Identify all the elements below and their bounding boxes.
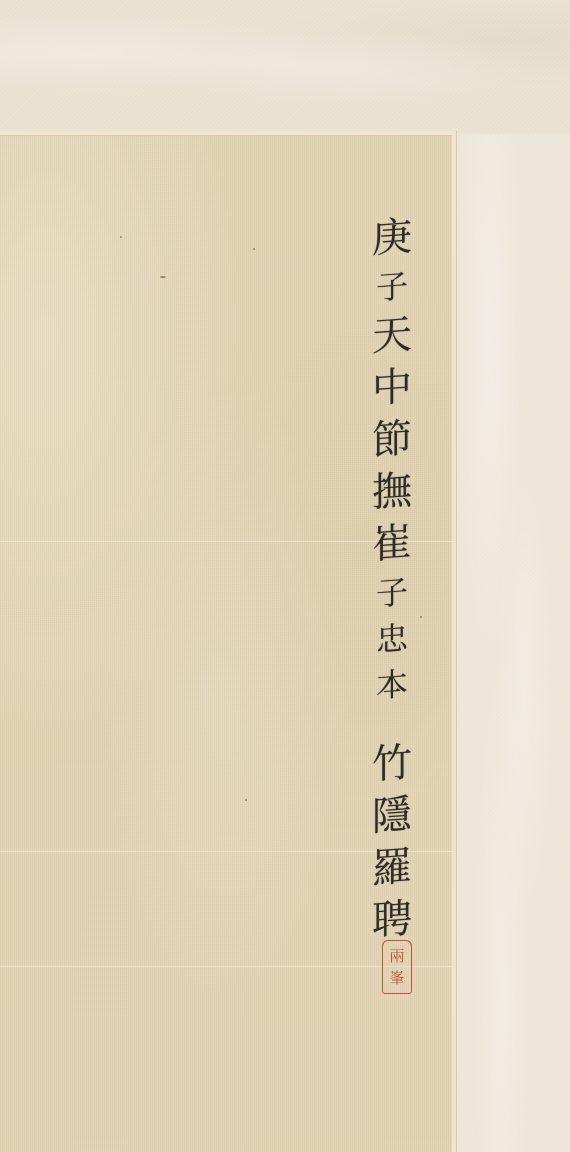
inscription-char: 中 (372, 361, 412, 416)
silk-speck (245, 799, 247, 801)
inscription-char: 庚 (372, 211, 412, 266)
silk-speck (160, 276, 166, 278)
silk-speck (253, 248, 255, 250)
inscription-char: 忠 (376, 615, 408, 663)
inscription-char: 本 (376, 661, 408, 709)
mount-right-border (456, 135, 570, 1152)
seal-char: 兩 (389, 945, 404, 967)
red-artist-seal: 兩 峯 (382, 940, 412, 994)
silk-speck (120, 236, 122, 238)
signature-char: 竹 (372, 737, 412, 792)
inscription-char: 子 (376, 263, 408, 311)
inscription-char: 子 (376, 569, 408, 617)
artist-signature: 竹 隱 羅 聘 (372, 738, 412, 946)
signature-char: 隱 (372, 789, 412, 844)
silk-right-edge (452, 131, 457, 1152)
silk-top-edge (0, 131, 456, 136)
seal-char: 峯 (389, 967, 404, 989)
calligraphy-inscription: 庚 子 天 中 節 撫 崔 子 忠 本 竹 隱 羅 聘 (352, 212, 432, 946)
inscription-homage-line: 撫 崔 子 忠 本 (372, 466, 412, 708)
inscription-char: 天 (372, 309, 412, 364)
inscription-char: 崔 (372, 517, 412, 572)
signature-char: 羅 (372, 841, 412, 896)
inscription-char: 節 (372, 413, 412, 468)
inscription-char: 撫 (372, 465, 412, 520)
inscription-date-line: 庚 子 天 中 節 (372, 212, 412, 466)
mount-top-border (0, 0, 570, 133)
